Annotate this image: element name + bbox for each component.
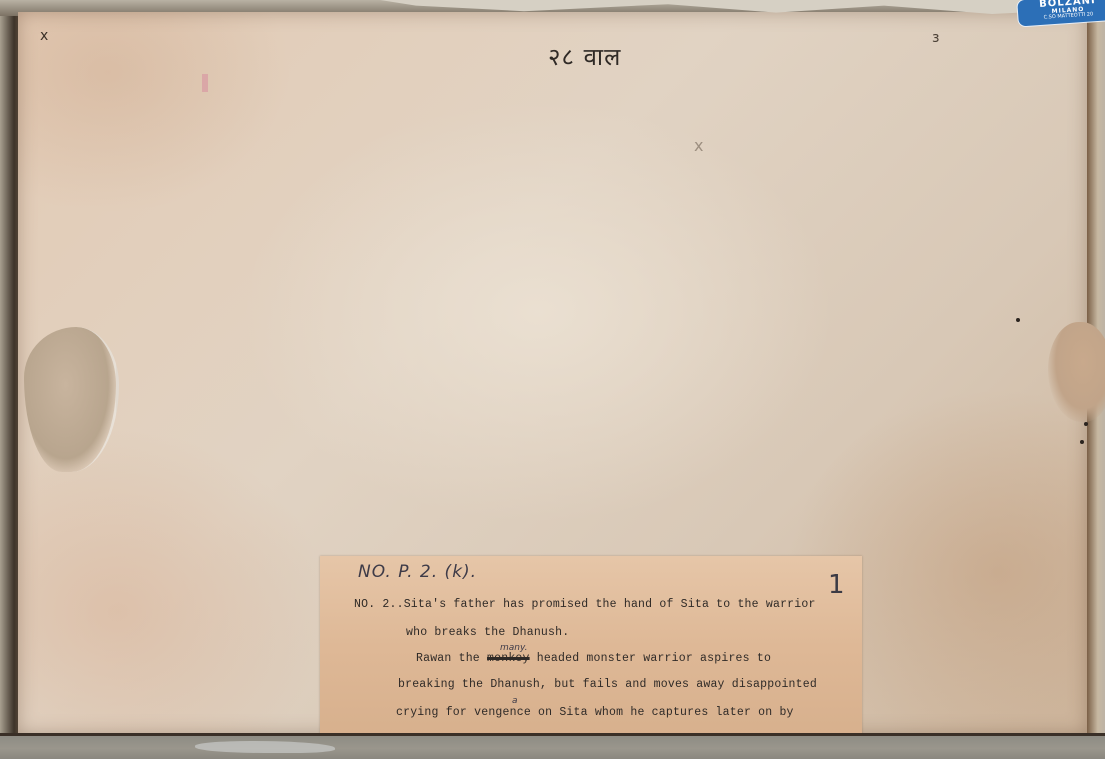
- pencil-x-mark: x: [694, 136, 703, 155]
- page-number: 1: [828, 570, 845, 600]
- artwork-back-scene: २८ वाल x x ɜ BOLZANI MILANO C.SO MATTEOT…: [0, 0, 1105, 759]
- corner-x-mark: x: [40, 28, 48, 44]
- caption-line-4: breaking the Dhanush, but fails and move…: [398, 678, 817, 691]
- caption-line-2: who breaks the Dhanush.: [406, 626, 569, 639]
- ink-dot: [1084, 422, 1088, 426]
- frame-bottom-edge: [0, 733, 1105, 759]
- hindi-inscription: २८ वाल: [548, 40, 621, 73]
- line-3-after: headed monster warrior aspires to: [530, 652, 771, 665]
- line-3-before: Rawan the: [416, 652, 487, 665]
- torn-paper-bottom: [195, 741, 335, 753]
- struck-word: monkey: [487, 652, 530, 665]
- ink-dot: [1080, 440, 1084, 444]
- caption-label: NO. P. 2. (k). 1 NO. 2..Sita's father ha…: [320, 556, 862, 738]
- handwritten-correction: a: [512, 696, 518, 706]
- caption-line-5: crying for vengence on Sita whom he capt…: [396, 706, 794, 719]
- left-glue-stain: [24, 327, 119, 472]
- pink-stain: [202, 74, 208, 92]
- corner-pencil-mark: ɜ: [932, 30, 939, 46]
- frame-left-edge: [0, 0, 20, 759]
- handwritten-reference: NO. P. 2. (k).: [358, 562, 477, 582]
- handwritten-insertion: many.: [500, 643, 527, 653]
- ink-dot: [1016, 318, 1020, 322]
- caption-line-1: NO. 2..Sita's father has promised the ha…: [354, 598, 816, 611]
- caption-line-3: Rawan the monkey headed monster warrior …: [416, 652, 771, 665]
- right-glue-stain: [1048, 322, 1105, 422]
